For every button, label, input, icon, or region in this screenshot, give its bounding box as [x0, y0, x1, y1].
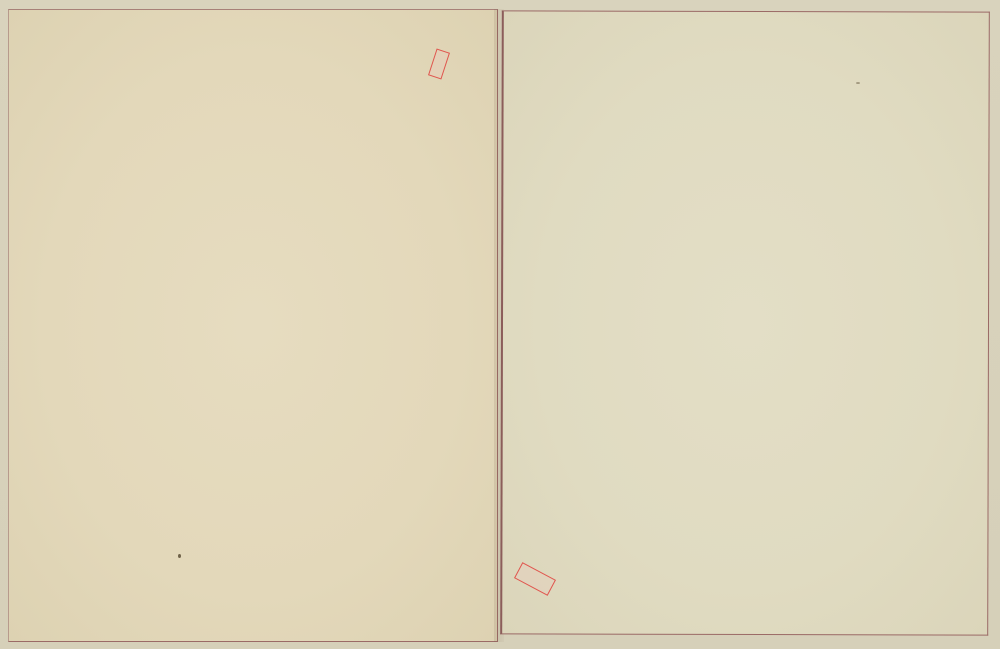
left-page	[8, 9, 498, 642]
paper-speck	[856, 82, 860, 84]
paper-speck	[178, 554, 181, 558]
right-page	[500, 10, 990, 635]
